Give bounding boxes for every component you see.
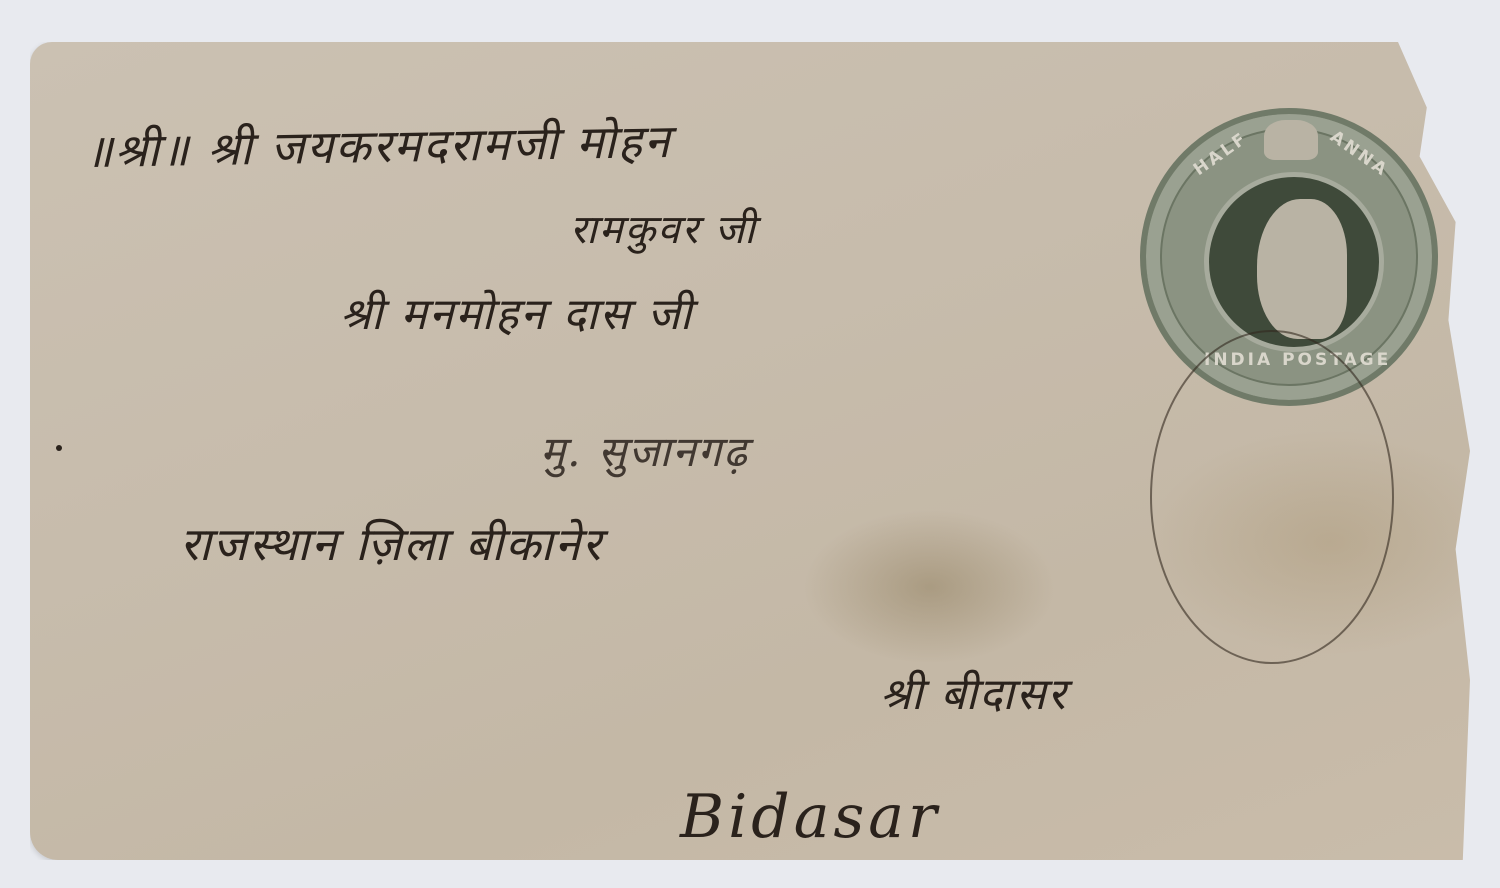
address-line-6: श्री बीदासर <box>880 662 1068 722</box>
signature-bidasar: Bidasar <box>680 782 941 852</box>
ink-dot <box>56 445 62 451</box>
address-line-3: श्री मनमोहन दास जी <box>340 282 693 342</box>
address-line-4: मु. सुजानगढ़ <box>540 422 749 479</box>
postmark-circle <box>1150 330 1394 664</box>
king-head-icon <box>1257 199 1347 339</box>
crown-icon <box>1264 120 1318 160</box>
address-line-5: राजस्थान ज़िला बीकानेर <box>180 512 603 574</box>
king-portrait-icon <box>1204 172 1384 352</box>
address-line-2: रामकुवर जी <box>570 200 757 255</box>
address-line-1: ॥श्री॥ श्री जयकरमदरामजी मोहन <box>85 109 672 181</box>
